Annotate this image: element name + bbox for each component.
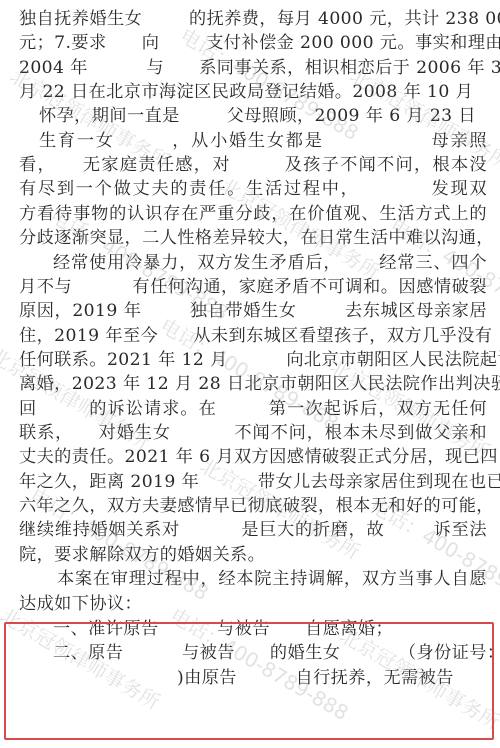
text-line: 方看待事物的认识存在严重分歧，在价值观、生活方式上的 [19,202,487,226]
text-line: 年之久，距离 2019 年 带女儿去母亲家居住到现在也已 [19,470,487,494]
text-line: )由原告 自行抚养，无需被告 [177,666,487,690]
text-line: 月不与 有任何沟通，家庭矛盾不可调和。因感情破裂 [19,275,487,299]
text-line: 元；7.要求 向 支付补偿金 200 000 元。事实和理由： [19,31,487,55]
text-line: 一、准许原告 与被告 自愿离婚； [53,617,487,641]
text-line: 有尽到一个做丈夫的责任。生活过程中， 发现双 [19,177,487,201]
text-line: 怀孕，期间一直是 父母照顾，2009 年 6 月 23 日 [39,104,487,128]
text-line: 生育一女 ，从小婚生女都是 母亲照 [39,129,487,153]
text-line: 经常使用冷暴力，双方发生矛盾后， 经常三、四个 [53,251,487,275]
text-line: 原因，2019 年 独自带婚生女 去东城区母亲家居 [19,299,487,323]
text-line: 二、原告 与被告 的婚生女 （身份证号： [53,641,487,665]
text-line: 联系， 对婚生女 不闻不问，根本未尽到做父亲和 [19,421,487,445]
text-line: 任何联系。2021 年 12 月 向北京市朝阳区人民法院起诉 [19,348,487,372]
text-line: 回 的诉讼请求。在 第一次起诉后，双方无任何 [19,397,487,421]
text-line: 丈夫的责任。2021 年 6 月双方因感情破裂正式分居，现已四 [19,445,487,469]
text-line: 住，2019 年至今 从未到东城区看望孩子，双方几乎没有 [19,324,487,348]
text-line: 本案在审理过程中，经本院主持调解，双方当事人自愿 [57,567,487,591]
text-line: 独自抚养婚生女 的抚养费，每月 4000 元，共计 238 000 [19,7,487,31]
text-line: 继续维持婚姻关系对 是巨大的折磨，故 诉至法 [19,518,487,542]
text-line: 六年之久，双方夫妻感情早已彻底破裂，根本无和好的可能， [19,494,487,518]
text-line: 2004 年 与 系同事关系，相识相恋后于 2006 年 3 [19,56,487,80]
text-line: 院，要求解除双方的婚姻关系。 [19,543,487,567]
text-line: 达成如下协议： [19,592,487,616]
text-line: 离婚，2023 年 12 月 28 日北京市朝阳区人民法院作出判决驳 [19,372,487,396]
text-line: 月 22 日在北京市海淀区民政局登记结婚。2008 年 10 月 [19,80,487,104]
document-page: 独自抚养婚生女 的抚养费，每月 4000 元，共计 238 000元；7.要求 … [0,0,500,748]
text-line: 看， 无家庭责任感，对 及孩子不闻不问，根本没 [19,153,487,177]
text-line: 分歧逐渐突显，二人性格差异较大，在日常生活中难以沟通， [19,226,487,250]
